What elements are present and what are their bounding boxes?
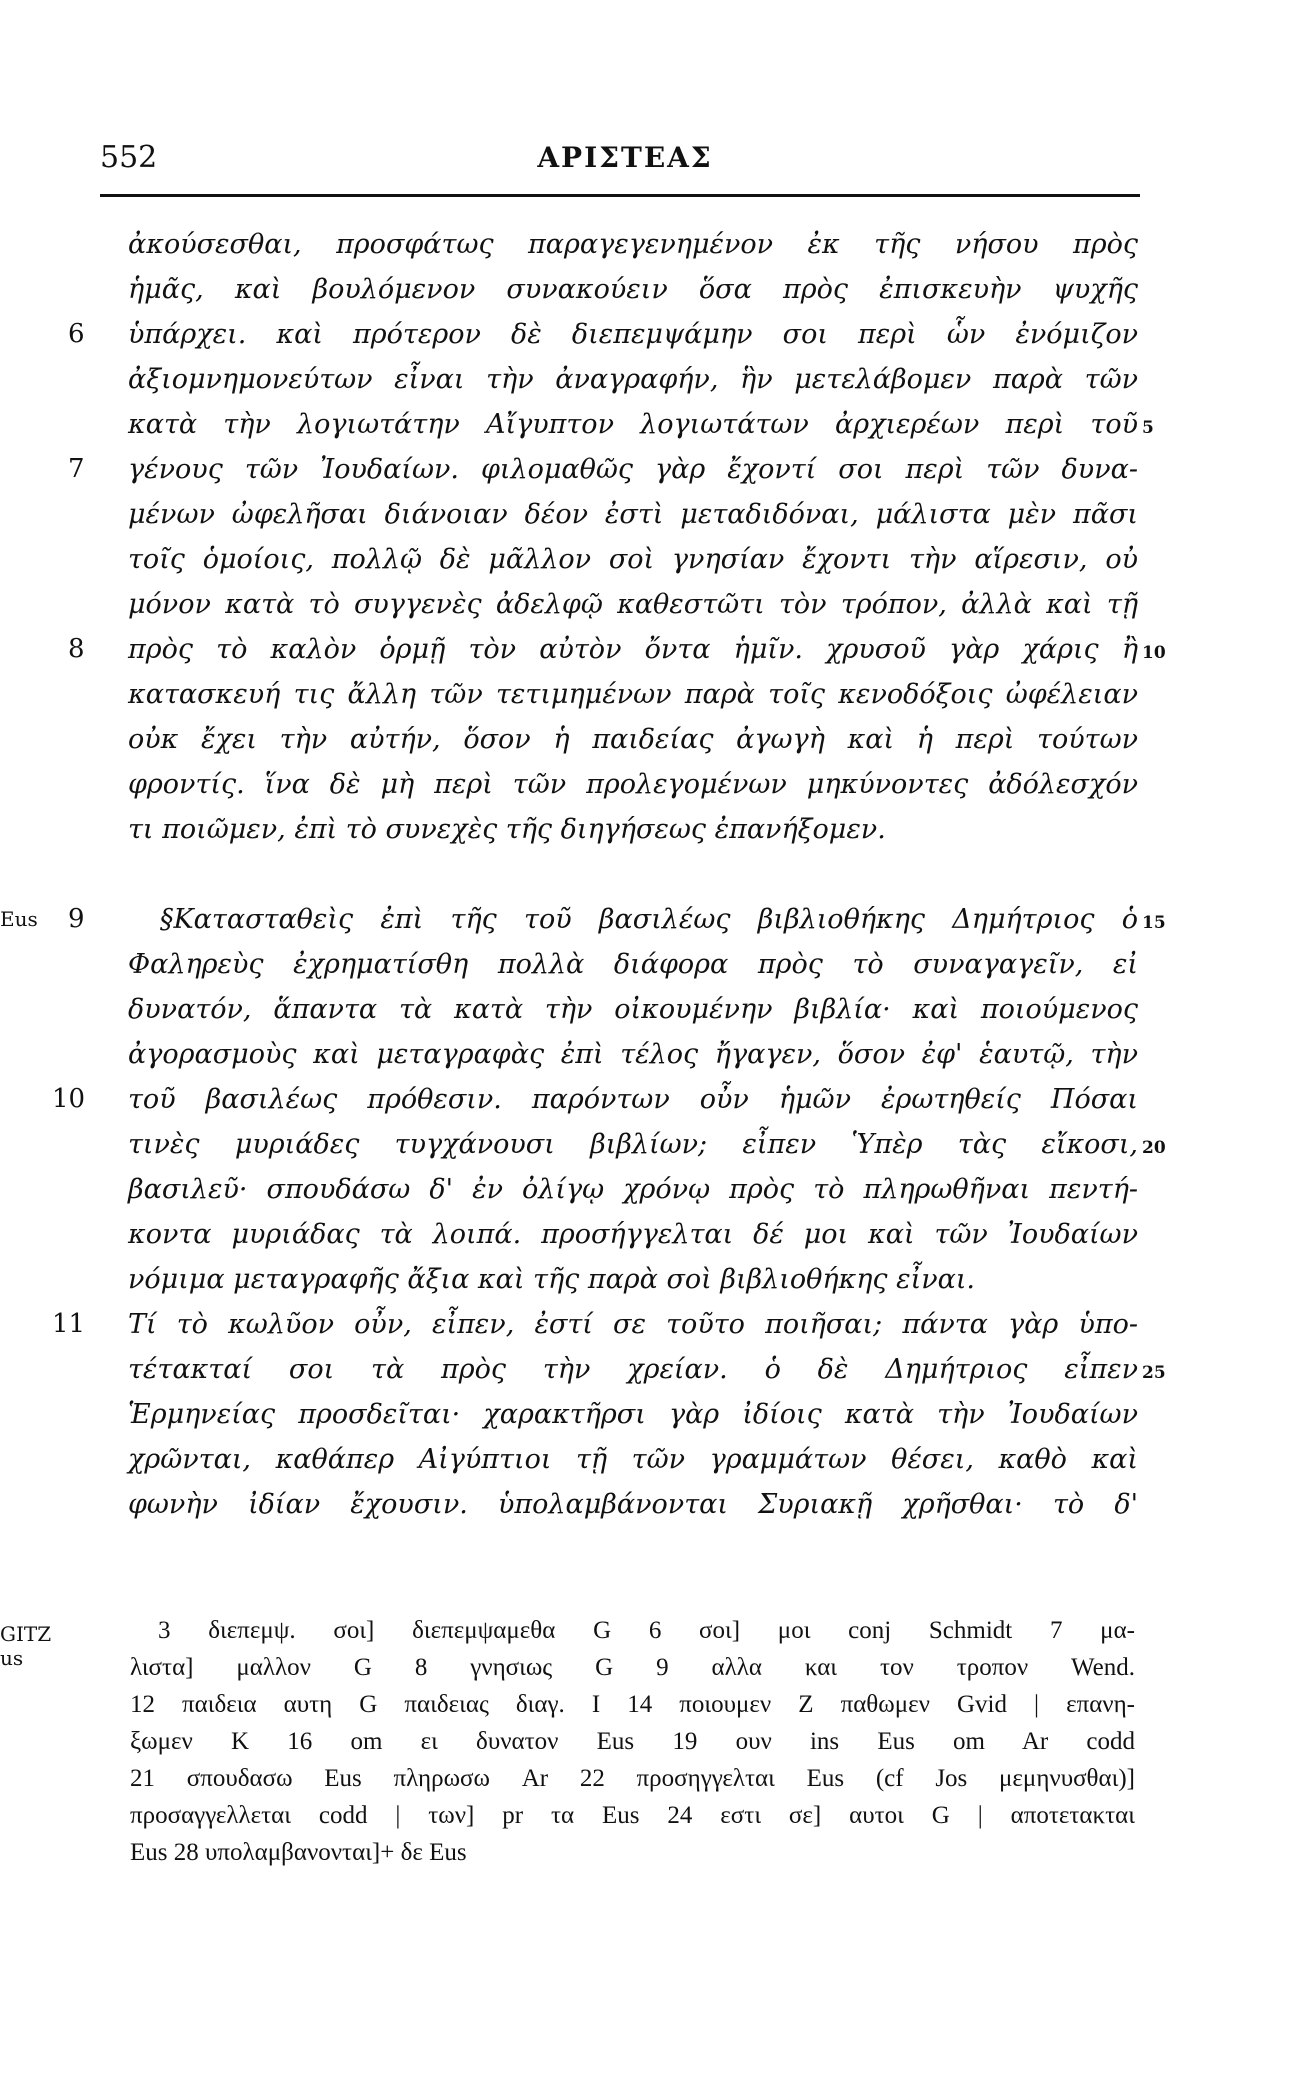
text-line: δυνατόν, ἅπαντα τὰ κατὰ τὴν οἰκουμένην β… — [128, 987, 1138, 1032]
header-rule — [100, 194, 1140, 197]
text-line: βασιλεῦ· σπουδάσω δ' ἐν ὀλίγῳ χρόνῳ πρὸς… — [128, 1167, 1138, 1212]
text-line: χρῶνται, καθάπερ Αἰγύπτιοι τῇ τῶν γραμμά… — [128, 1437, 1138, 1482]
text-line: φροντίς. ἵνα δὲ μὴ περὶ τῶν προλεγομένων… — [128, 762, 1138, 807]
text-line: γένους τῶν Ἰουδαίων. φιλομαθῶς γὰρ ἔχοντ… — [128, 447, 1138, 492]
text-line: Τί τὸ κωλῦον οὖν, εἶπεν, ἐστί σε τοῦτο π… — [128, 1302, 1138, 1347]
text-line: μένων ὠφελῆσαι διάνοιαν δέον ἐστὶ μεταδι… — [128, 492, 1138, 537]
footnote-line: 3 διεπεμψ. σοι] διεπεμψαμεθα G 6 σοι] μο… — [158, 1612, 1135, 1649]
line-number: 5 — [1142, 406, 1154, 451]
text-line: μόνον κατὰ τὸ συγγενὲς ἀδελφῷ καθεστῶτι … — [128, 582, 1138, 627]
line-number: 10 — [1142, 631, 1166, 676]
line-number: 25 — [1142, 1351, 1166, 1396]
footnote-line: προσαγγελλεται codd | των] pr τα Eus 24 … — [130, 1797, 1135, 1834]
section-number: 11 — [52, 1302, 92, 1347]
text-line: τι ποιῶμεν, ἐπὶ τὸ συνεχὲς τῆς διηγήσεως… — [128, 807, 1138, 852]
section-number: 8 — [68, 627, 108, 672]
text-line: Φαληρεὺς ἐχρηματίσθη πολλὰ διάφορα πρὸς … — [128, 942, 1138, 987]
text-line: §Κατασταθεὶς ἐπὶ τῆς τοῦ βασιλέως βιβλιο… — [160, 897, 1138, 942]
footnote-line: λιστα] μαλλον G 8 γνησιως G 9 αλλα και τ… — [130, 1649, 1135, 1686]
text-line: πρὸς τὸ καλὸν ὁρμῇ τὸν αὐτὸν ὄντα ἡμῖν. … — [128, 627, 1138, 672]
text-line: τινὲς μυριάδες τυγχάνουσι βιβλίων; εἶπεν… — [128, 1122, 1138, 1167]
text-line: τοῖς ὁμοίοις, πολλῷ δὲ μᾶλλον σοὶ γνησία… — [128, 537, 1138, 582]
text-line: ἀξιομνημονεύτων εἶναι τὴν ἀναγραφήν, ἣν … — [128, 357, 1138, 402]
text-line: κατὰ τὴν λογιωτάτην Αἴγυπτον λογιωτάτων … — [128, 402, 1138, 447]
footnote-line: 12 παιδεια αυτη G παιδειας διαγ. I 14 πο… — [130, 1686, 1135, 1723]
text-line: ἀγορασμοὺς καὶ μεταγραφὰς ἐπὶ τέλος ἤγαγ… — [128, 1032, 1138, 1077]
text-line: οὐκ ἔχει τὴν αὐτήν, ὅσον ἡ παιδείας ἀγωγ… — [128, 717, 1138, 762]
text-line: ἡμᾶς, καὶ βουλόμενον συνακούειν ὅσα πρὸς… — [128, 267, 1138, 312]
text-line: Ἑρμηνείας προσδεῖται· χαρακτῆρσι γὰρ ἰδί… — [128, 1392, 1138, 1437]
text-line: κοντα μυριάδας τὰ λοιπά. προσήγγελται δέ… — [128, 1212, 1138, 1257]
text-line: τοῦ βασιλέως πρόθεσιν. παρόντων οὖν ἡμῶν… — [128, 1077, 1138, 1122]
footnote-line: ξωμεν K 16 om ει δυνατον Eus 19 ουν ins … — [130, 1723, 1135, 1760]
footnote-line: 21 σπουδασω Eus πληρωσω Ar 22 προσηγγελτ… — [130, 1760, 1135, 1797]
footnote-sigla: us — [0, 1646, 23, 1670]
section-number: 9 — [68, 897, 108, 942]
text-line: τέτακταί σοι τὰ πρὸς τὴν χρείαν. ὁ δὲ Δη… — [128, 1347, 1138, 1392]
text-line: νόμιμα μεταγραφῆς ἄξια καὶ τῆς παρὰ σοὶ … — [128, 1257, 1138, 1302]
source-sidenote: Eus — [0, 897, 38, 942]
text-line: ὑπάρχει. καὶ πρότερον δὲ διεπεμψάμην σοι… — [128, 312, 1138, 357]
section-number: 7 — [68, 447, 108, 492]
footnote-line: Eus 28 υπολαμβανονται]+ δε Eus — [130, 1834, 1135, 1871]
text-line: ἀκούσεσθαι, προσφάτως παραγεγενημένον ἐκ… — [128, 222, 1138, 267]
running-title: ΑΡΙΣΤΕΑΣ — [400, 140, 850, 176]
page-number: 552 — [100, 138, 157, 178]
document-page: 552 ΑΡΙΣΤΕΑΣ ἀκούσεσθαι, προσφάτως παραγ… — [0, 0, 1300, 2100]
line-number: 15 — [1142, 901, 1166, 946]
text-line: φωνὴν ἰδίαν ἔχουσιν. ὑπολαμβάνονται Συρι… — [128, 1482, 1138, 1527]
footnote-sigla: GITZ — [0, 1622, 51, 1646]
line-number: 20 — [1142, 1126, 1166, 1171]
text-line: κατασκευή τις ἄλλη τῶν τετιμημένων παρὰ … — [128, 672, 1138, 717]
section-number: 6 — [68, 312, 108, 357]
section-number: 10 — [52, 1077, 92, 1122]
